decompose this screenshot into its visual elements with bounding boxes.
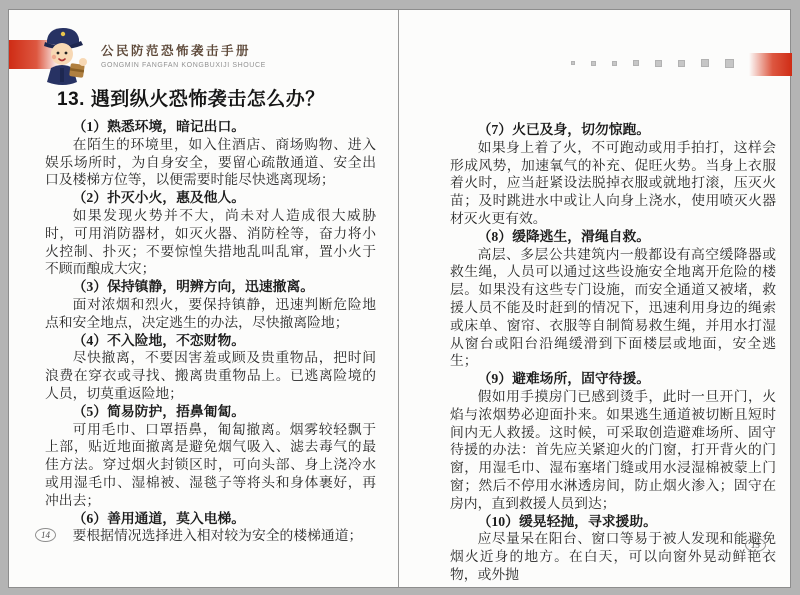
paragraph: （3）保持镇静，明辨方向，迅速撤离。 (45, 278, 376, 296)
paragraph: 假如用手摸房门已感到烫手，此时一旦开门，火焰与浓烟势必迎面扑来。如果逃生通道被切… (450, 388, 776, 513)
right-page-text-column: （7）火已及身，切勿惊跑。 如果身上着了火，不可跑动或用手拍打，这样会形成风势，… (450, 121, 776, 584)
paragraph: 尽快撤离，不要因害羞或顾及贵重物品，把时间浪费在穿衣或寻找、搬离贵重物品上。已逃… (45, 349, 376, 402)
decoration-square-icon (633, 60, 639, 66)
paragraph: 应尽量呆在阳台、窗口等易于被人发现和能避免烟火近身的地方。在白天，可以向窗外晃动… (450, 530, 776, 583)
brand-pinyin: GONGMIN FANGFAN KONGBUXIJI SHOUCE (101, 62, 266, 69)
paragraph: （9）避难场所，固守待援。 (450, 370, 776, 388)
paragraph: 在陌生的环境里，如入住酒店、商场购物、进入娱乐场所时，为自身安全，要留心疏散通道… (45, 136, 376, 189)
paragraph: 如果身上着了火，不可跑动或用手拍打，这样会形成风势，加速氧气的补充、促旺火势。当… (450, 139, 776, 228)
paragraph: 如果发现火势并不大，尚未对人造成很大威胁时，可用消防器材，如灭火器、消防栓等，奋… (45, 207, 376, 278)
decoration-square-icon (591, 61, 596, 66)
police-officer-mascot-icon (37, 24, 93, 88)
paragraph: （1）熟悉环境，暗记出口。 (45, 118, 376, 136)
paragraph: 高层、多层公共建筑内一般都设有高空缓降器或救生绳，人员可以通过这些设施安全地离开… (450, 246, 776, 371)
decoration-square-icon (701, 59, 709, 67)
decoration-square-icon (612, 61, 617, 66)
red-accent-bar-right (749, 53, 792, 76)
page-number-right: 15 (745, 538, 766, 552)
decoration-squares (571, 54, 734, 72)
page-spine-divider (398, 10, 399, 587)
paragraph: 可用毛巾、口罩捂鼻，匍匐撤离。烟雾较轻飘于上部，贴近地面撤离是避免烟气吸入、滤去… (45, 421, 376, 510)
paragraph: 要根据情况选择进入相对较为安全的楼梯通道； (45, 527, 376, 545)
decoration-square-icon (725, 59, 734, 68)
brand-logo: 公民防范恐怖袭击手册 GONGMIN FANGFAN KONGBUXIJI SH… (101, 41, 266, 69)
paragraph: （2）扑灭小火，惠及他人。 (45, 189, 376, 207)
brand-title: 公民防范恐怖袭击手册 (101, 41, 266, 59)
scanned-book-page: 公民防范恐怖袭击手册 GONGMIN FANGFAN KONGBUXIJI SH… (0, 0, 800, 595)
page-number-left: 14 (35, 528, 56, 542)
left-page-text-column: （1）熟悉环境，暗记出口。 在陌生的环境里，如入住酒店、商场购物、进入娱乐场所时… (45, 118, 376, 545)
paragraph: （6）善用通道，莫入电梯。 (45, 510, 376, 528)
paragraph: 面对浓烟和烈火，要保持镇静，迅速判断危险地点和安全地点，决定逃生的办法，尽快撤离… (45, 296, 376, 332)
decoration-square-icon (571, 61, 575, 65)
paragraph: （10）缓晃轻抛，寻求援助。 (450, 513, 776, 531)
paragraph: （5）简易防护，捂鼻匍匐。 (45, 403, 376, 421)
section-title: 13. 遇到纵火恐怖袭击怎么办？ (57, 84, 387, 111)
decoration-square-icon (655, 60, 662, 67)
paragraph: （8）缓降逃生，滑绳自救。 (450, 228, 776, 246)
paragraph: （7）火已及身，切勿惊跑。 (450, 121, 776, 139)
decoration-square-icon (678, 60, 685, 67)
book-spread: 公民防范恐怖袭击手册 GONGMIN FANGFAN KONGBUXIJI SH… (8, 9, 791, 588)
paragraph: （4）不入险地，不恋财物。 (45, 332, 376, 350)
